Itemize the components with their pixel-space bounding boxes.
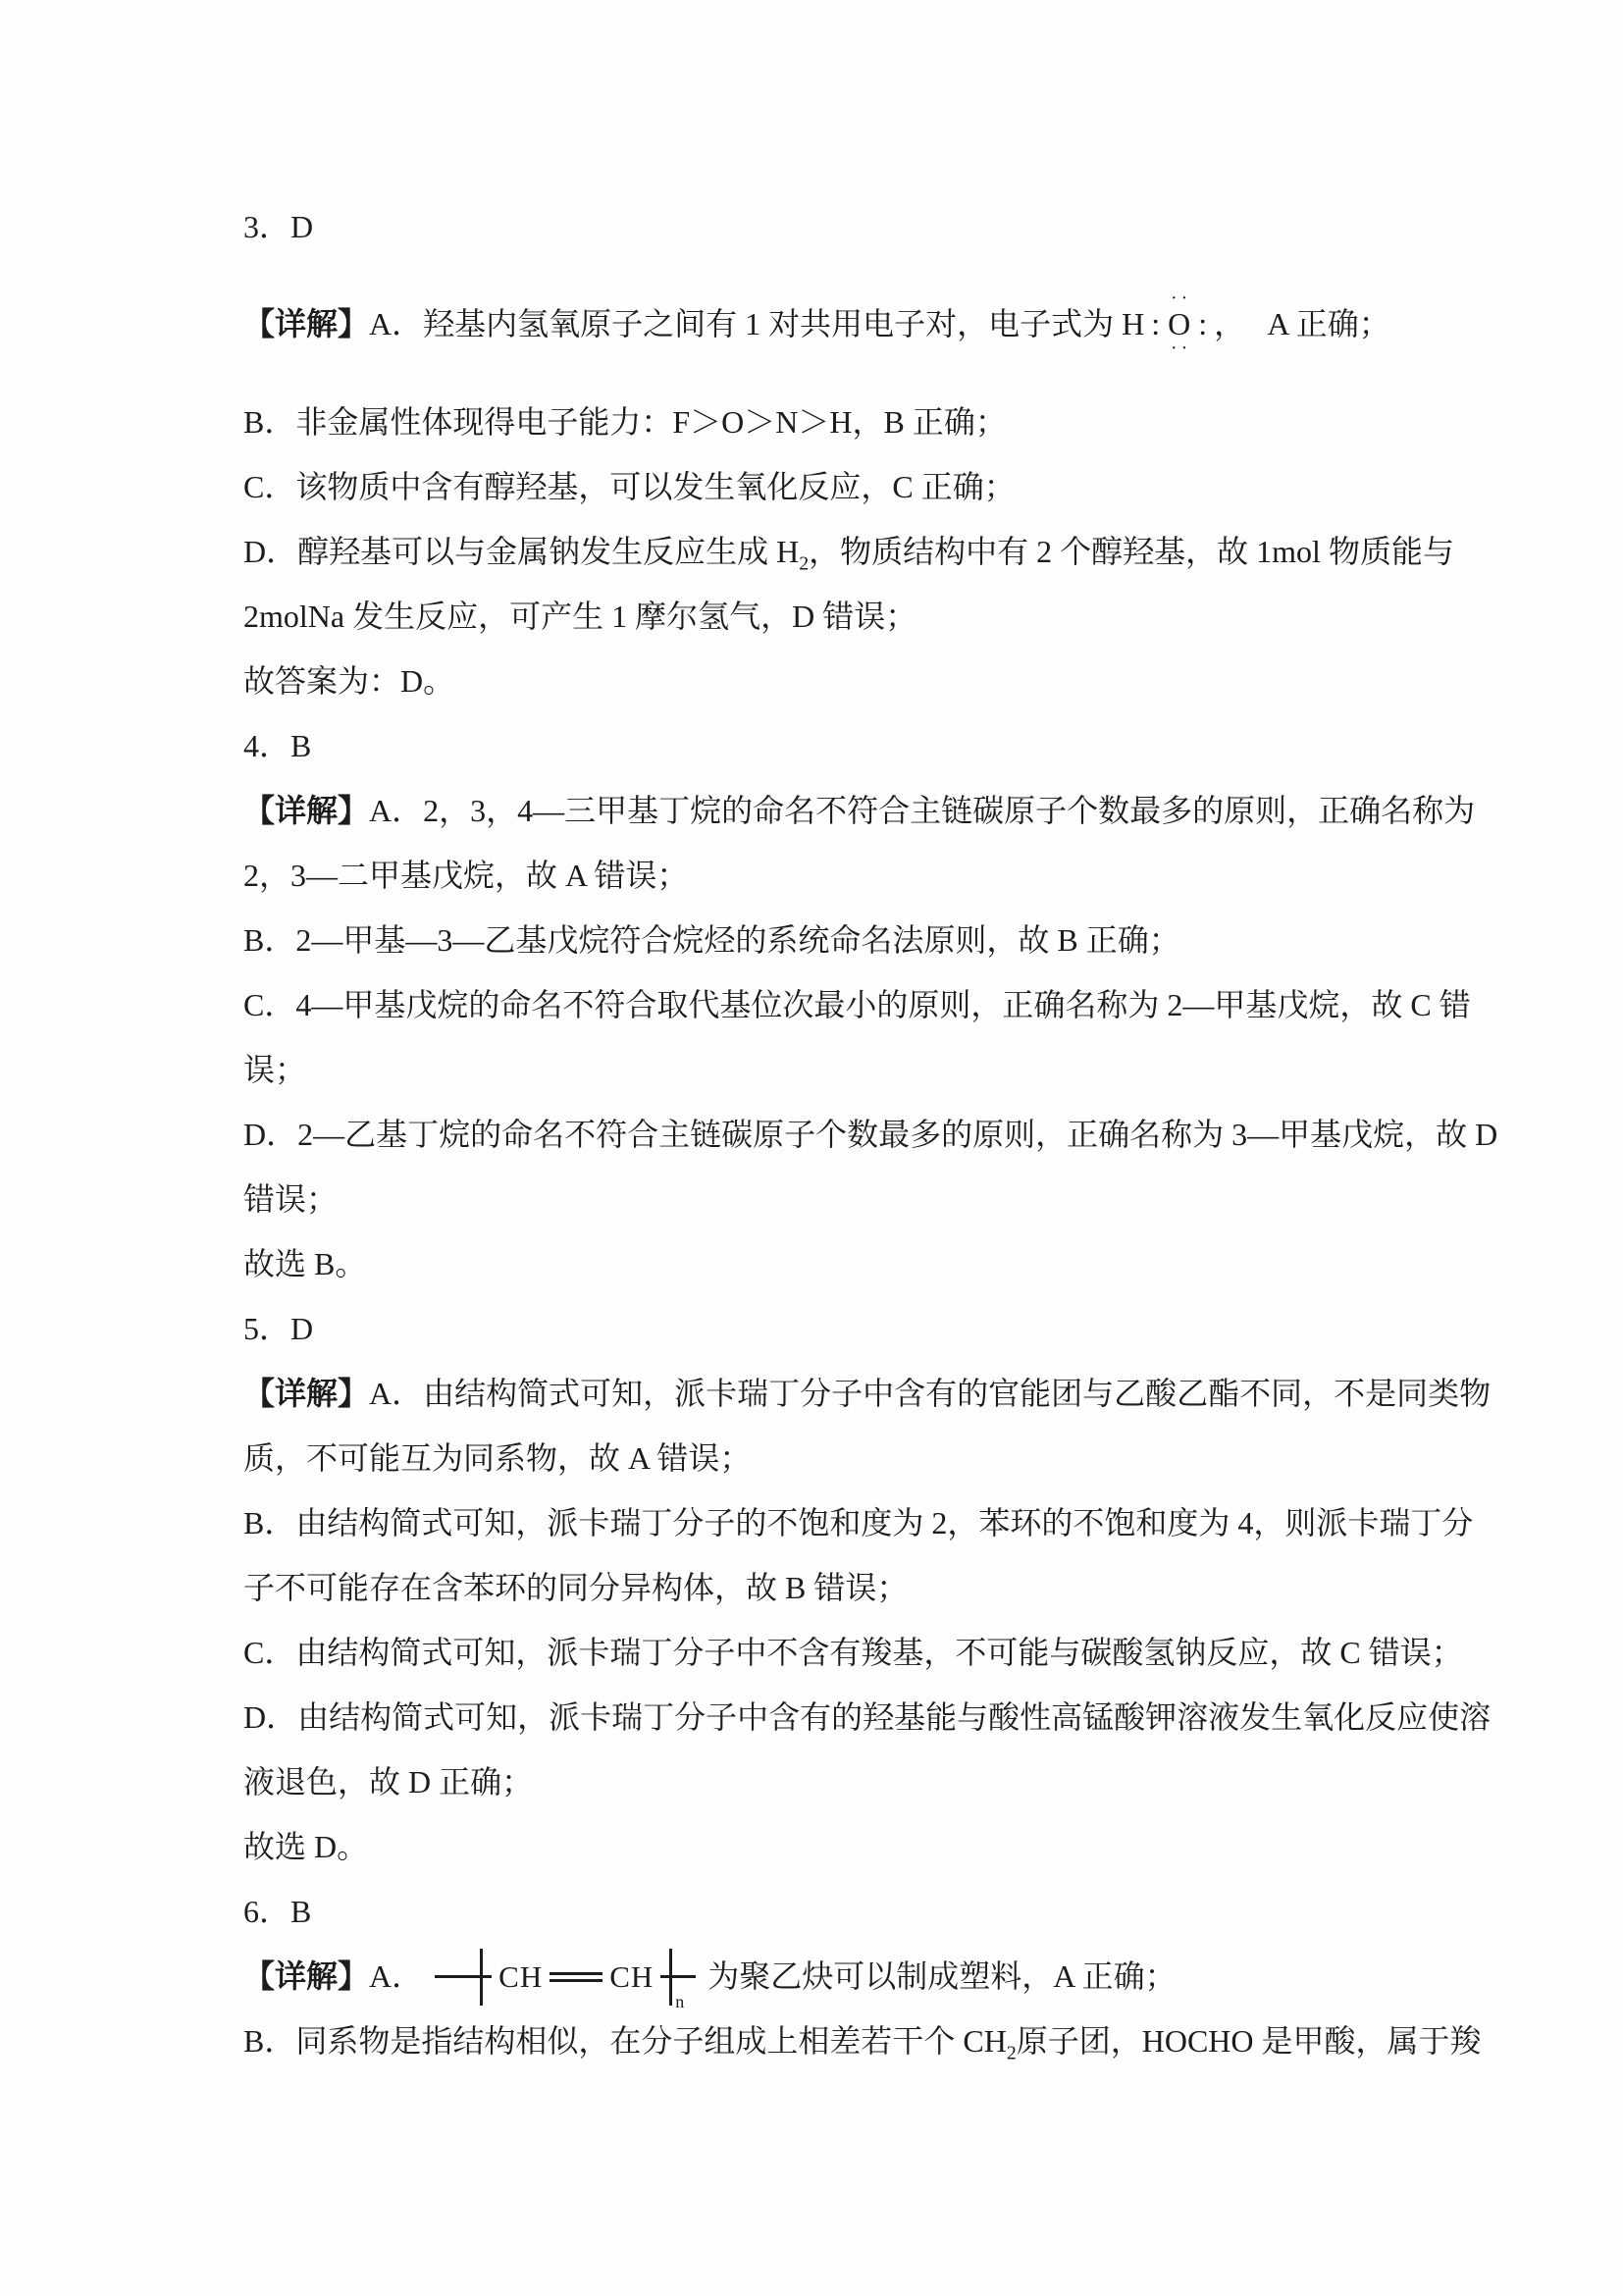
answer-line: 5．D [243, 1296, 1413, 1361]
answer-line: 6．B [243, 1879, 1413, 1944]
explanation-line: C．由结构简式可知，派卡瑞丁分子中不含有羧基，不可能与碳酸氢钠反应，故 C 错误… [243, 1620, 1413, 1685]
text-run: 故选 D。 [243, 1829, 368, 1864]
answer-section-q4: 4．B【详解】A．2，3，4—三甲基丁烷的命名不符合主链碳原子个数最多的原则，正… [243, 713, 1413, 1296]
left-bracket-bar [480, 1949, 483, 2006]
text-run: 故答案为：D。 [243, 663, 454, 699]
chemical-subscript: 2 [1007, 2042, 1017, 2063]
answer-section-q3: 3．D【详解】A．羟基内氢氧原子之间有 1 对共用电子对，电子式为 H:··O·… [243, 194, 1413, 713]
explanation-line: C．该物质中含有醇羟基，可以发生氧化反应，C 正确； [243, 454, 1413, 519]
explanation-line: 故选 D。 [243, 1814, 1413, 1879]
oxygen-letter: O [1168, 306, 1190, 341]
bond-line [435, 1975, 480, 1978]
bond-line [483, 1975, 492, 1978]
text-run: A．2，3，4—三甲基丁烷的命名不符合主链碳原子个数最多的原则，正确名称为 [369, 793, 1475, 828]
answer-section-q6: 6．B【详解】A． CHCHn 为聚乙炔可以制成塑料，A 正确；B．同系物是指结… [243, 1879, 1413, 2073]
text-run: C．该物质中含有醇羟基，可以发生氧化反应，C 正确； [243, 469, 1016, 504]
explanation-line: B．同系物是指结构相似，在分子组成上相差若干个 CH2原子团，HOCHO 是甲酸… [243, 2009, 1413, 2073]
answer-text: 4．B [243, 728, 311, 763]
answer-text: 3．D [243, 209, 313, 244]
text-run: A． [369, 1958, 431, 1994]
answer-text: 5．D [243, 1311, 313, 1346]
electron-dot-formula: :··O··: [1144, 306, 1214, 342]
explanation-line: 误； [243, 1037, 1413, 1102]
text-run: 2molNa 发生反应，可产生 1 摩尔氢气，D 错误； [243, 599, 916, 634]
text-run: B．2—甲基—3—乙基戊烷符合烷烃的系统命名法原则，故 B 正确； [243, 922, 1180, 958]
text-run: ， A 正确； [1214, 306, 1390, 341]
text-run: B．非金属性体现得电子能力：F＞O＞N＞H，B 正确； [243, 404, 1007, 440]
oxygen-atom: ··O·· [1167, 306, 1191, 342]
double-bond [550, 1972, 602, 1982]
text-run: 子不可能存在含苯环的同分异构体，故 B 错误； [243, 1570, 908, 1605]
text-run: D．由结构简式可知，派卡瑞丁分子中含有的羟基能与酸性高锰酸钾溶液发生氧化反应使溶 [243, 1699, 1491, 1735]
text-run: 液退色，故 D 正确； [243, 1764, 533, 1800]
answer-line: 4．B [243, 713, 1413, 778]
shared-pair-right: : [1191, 306, 1214, 341]
text-run: A．由结构简式可知，派卡瑞丁分子中含有的官能团与乙酸乙酯不同，不是同类物 [369, 1376, 1491, 1411]
explanation-line: 【详解】A．羟基内氢氧原子之间有 1 对共用电子对，电子式为 H:··O··:，… [243, 259, 1413, 390]
bond-line [660, 1975, 669, 1978]
explanation-line: D．2—乙基丁烷的命名不符合主链碳原子个数最多的原则，正确名称为 3—甲基戊烷，… [243, 1102, 1413, 1167]
text-run: C．由结构简式可知，派卡瑞丁分子中不含有羧基，不可能与碳酸氢钠反应，故 C 错误… [243, 1635, 1463, 1670]
explanation-line: 【详解】A．由结构简式可知，派卡瑞丁分子中含有的官能团与乙酸乙酯不同，不是同类物 [243, 1361, 1413, 1426]
detail-label: 【详解】 [243, 1958, 369, 1994]
text-run: 故选 B。 [243, 1246, 366, 1281]
text-run: D．醇羟基可以与金属钠发生反应生成 H [243, 534, 799, 569]
detail-label: 【详解】 [243, 793, 369, 828]
right-bracket-bar: n [669, 1949, 672, 2006]
lone-pair-top: ·· [1167, 288, 1191, 308]
text-run: 原子团，HOCHO 是甲酸，属于羧 [1017, 2023, 1482, 2059]
lone-pair-bottom: ·· [1167, 339, 1191, 358]
text-run: 误； [243, 1052, 306, 1087]
text-run: A．羟基内氢氧原子之间有 1 对共用电子对，电子式为 H [369, 306, 1144, 341]
explanation-line: 质，不可能互为同系物，故 A 错误； [243, 1426, 1413, 1490]
text-run: 为聚乙炔可以制成塑料，A 正确； [700, 1958, 1176, 1994]
explanation-line: B．由结构简式可知，派卡瑞丁分子的不饱和度为 2，苯环的不饱和度为 4，则派卡瑞… [243, 1490, 1413, 1555]
text-run: 质，不可能互为同系物，故 A 错误； [243, 1440, 751, 1476]
document-page: 3．D【详解】A．羟基内氢氧原子之间有 1 对共用电子对，电子式为 H:··O·… [0, 0, 1623, 2296]
explanation-line: D．醇羟基可以与金属钠发生反应生成 H2，物质结构中有 2 个醇羟基，故 1mo… [243, 519, 1413, 584]
text-run: 2，3—二甲基戊烷，故 A 错误； [243, 858, 688, 893]
explanation-line: B．非金属性体现得电子能力：F＞O＞N＞H，B 正确； [243, 390, 1413, 454]
text-run: B．同系物是指结构相似，在分子组成上相差若干个 CH [243, 2023, 1007, 2059]
explanation-line: C．4—甲基戊烷的命名不符合取代基位次最小的原则，正确名称为 2—甲基戊烷，故 … [243, 972, 1413, 1037]
chemical-subscript: 2 [799, 552, 809, 574]
explanation-line: 【详解】A．2，3，4—三甲基丁烷的命名不符合主链碳原子个数最多的原则，正确名称… [243, 778, 1413, 843]
explanation-line: 子不可能存在含苯环的同分异构体，故 B 错误； [243, 1555, 1413, 1620]
repeat-unit-right: CH [602, 1961, 660, 1992]
text-run: C．4—甲基戊烷的命名不符合取代基位次最小的原则，正确名称为 2—甲基戊烷，故 … [243, 987, 1471, 1022]
text-run: B．由结构简式可知，派卡瑞丁分子的不饱和度为 2，苯环的不饱和度为 4，则派卡瑞… [243, 1505, 1473, 1540]
explanation-line: 2molNa 发生反应，可产生 1 摩尔氢气，D 错误； [243, 584, 1413, 649]
text-run: 错误； [243, 1181, 338, 1217]
polymer-repeat-unit-formula: CHCHn [435, 1949, 696, 2006]
repeat-unit-left: CH [492, 1961, 550, 1992]
shared-pair-left: : [1144, 306, 1167, 341]
text-run: ，物质结构中有 2 个醇羟基，故 1mol 物质能与 [809, 534, 1454, 569]
detail-label: 【详解】 [243, 306, 369, 341]
bond-line [672, 1975, 696, 1978]
explanation-line: 故答案为：D。 [243, 649, 1413, 713]
explanation-line: 故选 B。 [243, 1231, 1413, 1296]
repeat-count-subscript: n [675, 1993, 684, 2010]
text-run: D．2—乙基丁烷的命名不符合主链碳原子个数最多的原则，正确名称为 3—甲基戊烷，… [243, 1117, 1497, 1152]
answer-line: 3．D [243, 194, 1413, 259]
detail-label: 【详解】 [243, 1376, 369, 1411]
explanation-line: B．2—甲基—3—乙基戊烷符合烷烃的系统命名法原则，故 B 正确； [243, 908, 1413, 972]
explanation-line: 【详解】A． CHCHn 为聚乙炔可以制成塑料，A 正确； [243, 1944, 1413, 2009]
answer-text: 6．B [243, 1894, 311, 1929]
answer-section-q5: 5．D【详解】A．由结构简式可知，派卡瑞丁分子中含有的官能团与乙酸乙酯不同，不是… [243, 1296, 1413, 1879]
explanation-line: D．由结构简式可知，派卡瑞丁分子中含有的羟基能与酸性高锰酸钾溶液发生氧化反应使溶 [243, 1685, 1413, 1749]
explanation-line: 液退色，故 D 正确； [243, 1749, 1413, 1814]
explanation-line: 2，3—二甲基戊烷，故 A 错误； [243, 843, 1413, 908]
explanation-line: 错误； [243, 1167, 1413, 1231]
